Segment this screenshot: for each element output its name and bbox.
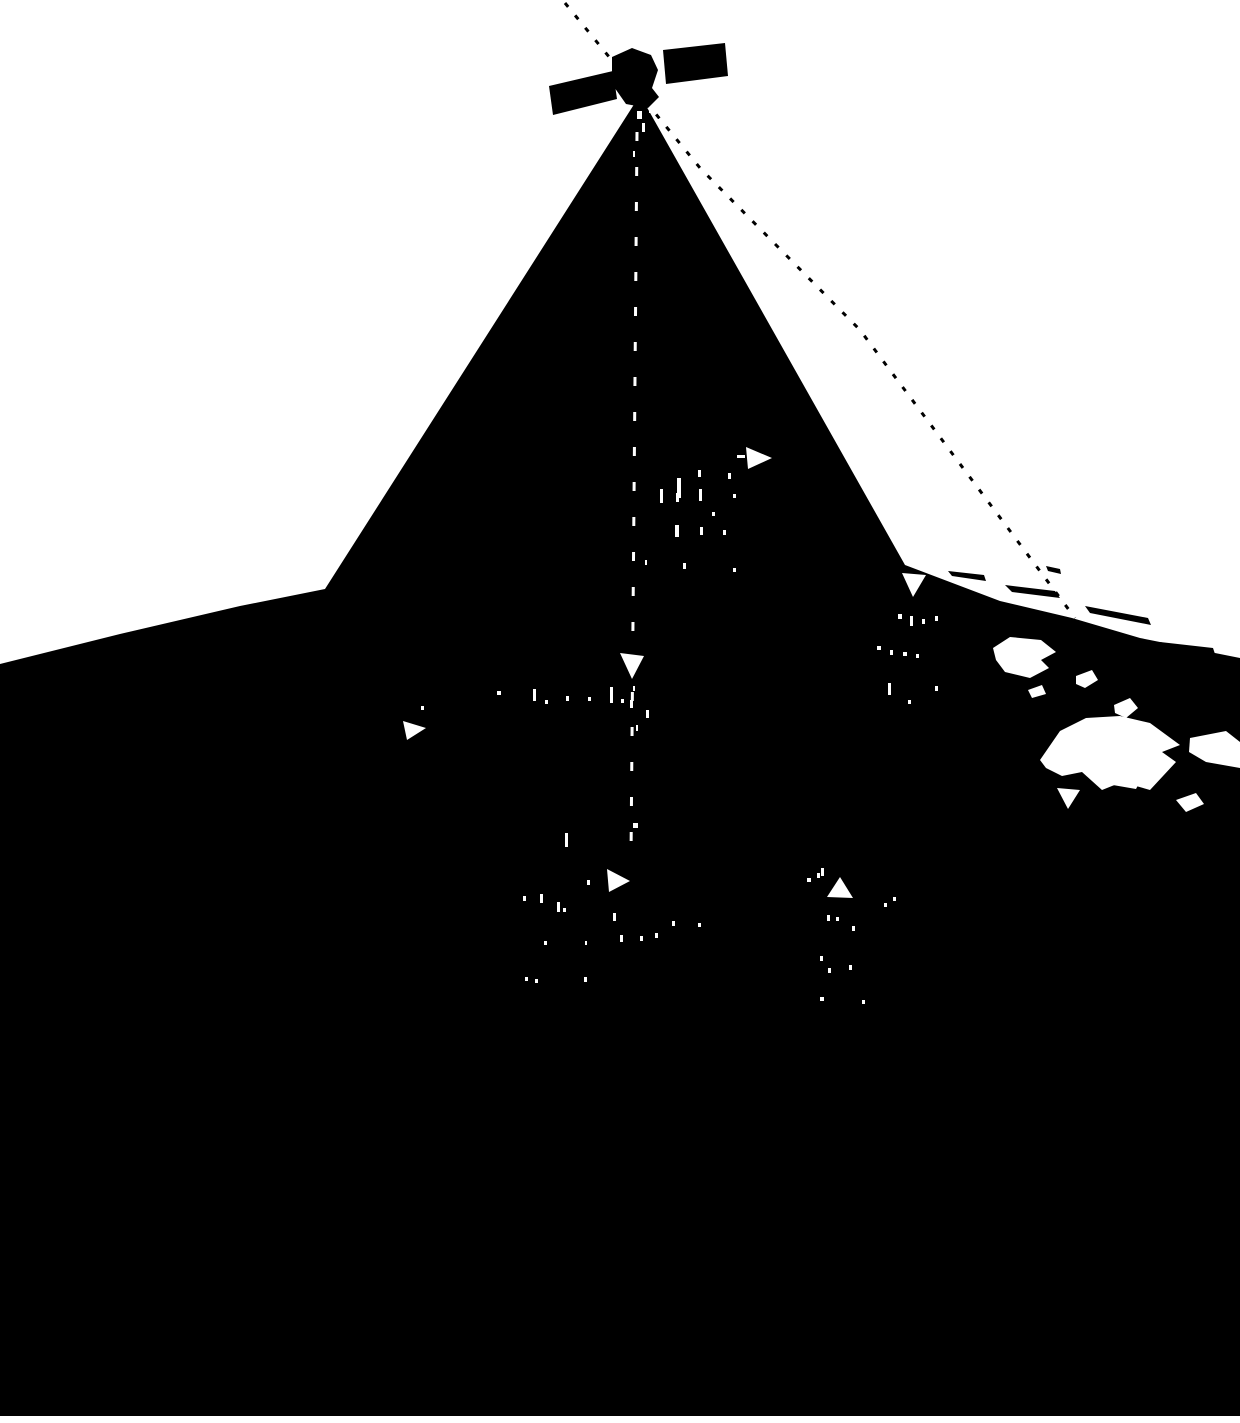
noise-speck [633, 151, 635, 157]
noise-speck [898, 614, 902, 619]
noise-speck [676, 493, 679, 502]
noise-speck [916, 654, 919, 658]
noise-speck [733, 568, 736, 572]
noise-speck [621, 699, 624, 703]
noise-speck [544, 941, 547, 945]
noise-speck [698, 470, 701, 477]
noise-speck [637, 111, 642, 119]
noise-speck [587, 880, 590, 885]
noise-speck [908, 700, 911, 704]
noise-speck [557, 902, 560, 912]
noise-speck [663, 130, 666, 135]
noise-speck [893, 897, 896, 901]
ridge-streak [1085, 606, 1151, 625]
noise-speck [910, 616, 913, 626]
noise-speck [584, 977, 587, 982]
noise-speck [585, 941, 587, 945]
satellite-right-solar-panel [663, 43, 728, 84]
noise-speck [733, 494, 736, 498]
noise-speck [672, 921, 675, 926]
noise-speck [563, 908, 566, 912]
noise-speck [540, 894, 543, 903]
noise-speck [645, 560, 647, 565]
noise-speck [633, 686, 635, 691]
noise-speck [712, 512, 715, 516]
noise-speck [884, 903, 887, 907]
noise-speck [523, 896, 526, 901]
noise-speck [657, 119, 660, 125]
noise-speck [588, 697, 591, 701]
noise-speck [877, 646, 881, 650]
noise-speck [683, 563, 686, 569]
noise-speck [660, 489, 663, 503]
noise-speck [630, 700, 633, 708]
noise-speck [821, 868, 824, 876]
noise-speck [699, 489, 702, 501]
satellite-left-solar-panel [549, 71, 617, 115]
noise-speck [633, 823, 638, 828]
noise-speck [649, 107, 653, 113]
noise-speck [565, 833, 568, 847]
noise-speck [497, 691, 501, 695]
noise-speck [862, 1000, 865, 1004]
noise-speck [613, 913, 616, 921]
noise-speck [642, 123, 645, 132]
noise-speck [737, 455, 745, 458]
ridge-streak [1046, 566, 1061, 574]
noise-speck [421, 706, 424, 710]
noise-speck [535, 979, 538, 983]
noise-speck [888, 683, 891, 695]
ridge-streak [948, 571, 986, 581]
noise-speck [828, 968, 831, 973]
figure-stage [0, 0, 1240, 1423]
noise-speck [728, 473, 731, 479]
noise-speck [827, 915, 830, 921]
noise-speck [610, 687, 613, 703]
noise-speck [655, 933, 658, 938]
noise-speck [545, 700, 548, 704]
noise-speck [935, 686, 938, 691]
satellite-body [612, 48, 659, 108]
noise-speck [935, 616, 938, 621]
noise-speck [836, 917, 839, 921]
noise-speck [646, 710, 649, 718]
noise-speck [636, 725, 638, 731]
noise-speck [820, 997, 824, 1001]
noise-speck [566, 696, 569, 701]
figure-canvas [0, 0, 1240, 1423]
noise-speck [525, 977, 528, 981]
ridge-streak [1005, 585, 1060, 598]
noise-speck [620, 935, 623, 942]
noise-speck [903, 652, 907, 656]
noise-speck [533, 689, 536, 701]
noise-speck [922, 619, 925, 624]
noise-speck [723, 530, 726, 535]
noise-speck [700, 527, 703, 535]
noise-speck [890, 650, 893, 655]
noise-speck [675, 525, 679, 537]
noise-speck [640, 936, 643, 941]
noise-speck [852, 926, 855, 931]
noise-speck [807, 878, 811, 882]
noise-speck [698, 923, 701, 927]
noise-speck [817, 873, 820, 878]
noise-speck [849, 965, 852, 970]
noise-speck [820, 956, 823, 961]
